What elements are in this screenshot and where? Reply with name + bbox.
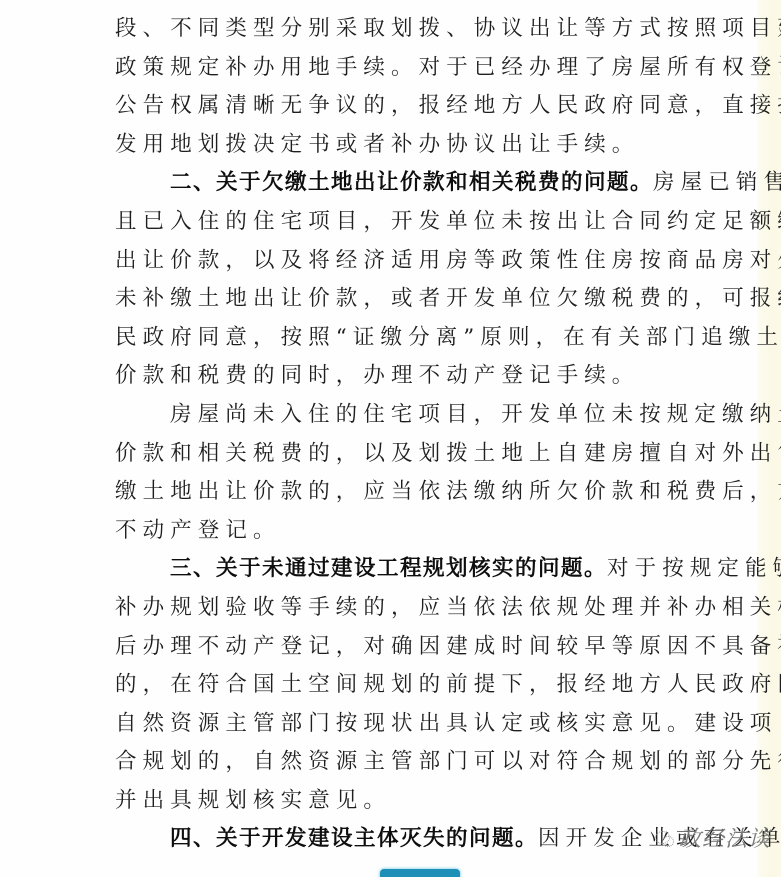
- bottom-action-button[interactable]: [380, 869, 460, 877]
- section-heading-3: 三、关于未通过建设工程规划核实的问题。: [170, 556, 607, 581]
- section-heading-line: 二、关于欠缴土地出让价款和相关税费的问题。房屋已销售: [115, 164, 705, 203]
- text-run: 房屋已销售: [653, 170, 781, 195]
- text-line: 公告权属清晰无争议的，报经地方人民政府同意，直接按现状核: [115, 87, 705, 126]
- text-line: 价款和相关税费的，以及划拨土地上自建房擅自对外出售，未补: [115, 435, 705, 474]
- section-heading-line: 三、关于未通过建设工程规划核实的问题。对于按规定能够: [115, 550, 705, 589]
- text-run: 对于按规定能够: [607, 556, 781, 581]
- page-edge: [757, 0, 781, 877]
- text-line: 价款和税费的同时，办理不动产登记手续。: [115, 357, 705, 396]
- text-line: 发用地划拨决定书或者补办协议出让手续。: [115, 126, 705, 165]
- document-page: 段、不同类型分别采取划拨、协议出让等方式按照项目建设时的 政策规定补办用地手续。…: [115, 10, 705, 859]
- section-heading-4: 四、关于开发建设主体灭失的问题。: [170, 826, 538, 851]
- text-line: 且已入住的住宅项目，开发单位未按出让合同约定足额缴纳土地: [115, 203, 705, 242]
- text-line: 段、不同类型分别采取划拨、协议出让等方式按照项目建设时的: [115, 10, 705, 49]
- text-line: 缴土地出让价款的，应当依法缴纳所欠价款和税费后，方可办理: [115, 473, 705, 512]
- text-line: 民政府同意，按照“证缴分离”原则，在有关部门追缴土地出让: [115, 319, 705, 358]
- text-line: 未补缴土地出让价款，或者开发单位欠缴税费的，可报经地方人: [115, 280, 705, 319]
- text-line: 的，在符合国土空间规划的前提下，报经地方人民政府同意后，: [115, 666, 705, 705]
- watermark-text: 政经法谈: [679, 822, 771, 853]
- text-line: 不动产登记。: [115, 512, 705, 551]
- text-line: 自然资源主管部门按现状出具认定或核实意见。建设项目部分符: [115, 705, 705, 744]
- section-heading-line: 四、关于开发建设主体灭失的问题。因开发企业或有关单位: [115, 820, 705, 859]
- text-line: 合规划的，自然资源主管部门可以对符合规划的部分先行核实，: [115, 743, 705, 782]
- paragraph-start-line: 房屋尚未入住的住宅项目，开发单位未按规定缴纳土地出让: [115, 396, 705, 435]
- wechat-icon: [655, 829, 675, 847]
- text-line: 出让价款，以及将经济适用房等政策性住房按商品房对外出售但: [115, 242, 705, 281]
- section-heading-2: 二、关于欠缴土地出让价款和相关税费的问题。: [170, 170, 653, 195]
- text-line: 政策规定补办用地手续。对于已经办理了房屋所有权登记的，经: [115, 49, 705, 88]
- text-line: 后办理不动产登记，对确因建成时间较早等原因不具备补办条件: [115, 628, 705, 667]
- watermark: 政经法谈: [655, 822, 771, 853]
- text-line: 并出具规划核实意见。: [115, 782, 705, 821]
- text-line: 补办规划验收等手续的，应当依法依规处理并补办相关核实手续: [115, 589, 705, 628]
